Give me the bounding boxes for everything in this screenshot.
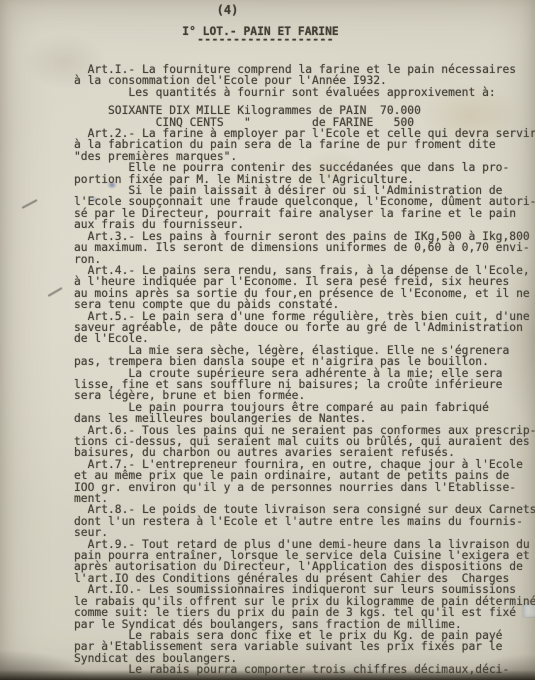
text-line: Les quantités à fournir sont évaluées ap… bbox=[74, 87, 535, 98]
text-line: seur. bbox=[74, 527, 535, 538]
text-line: IOO gr. environ qu'il y a de personnes n… bbox=[74, 482, 535, 493]
text-line: dont l'un restera à l'Ecole et l'autre e… bbox=[74, 516, 535, 527]
text-line: SOIXANTE DIX MILLE Kilogrammes de PAIN 7… bbox=[74, 105, 535, 116]
text-line: aux frais du fournisseur. bbox=[74, 219, 535, 230]
text-line: à l'heure indiquée par l'Econome. Il ser… bbox=[74, 276, 535, 287]
text-line: pas, trempera bien dansla soupe et n'aig… bbox=[74, 356, 535, 367]
text-line: comme suit: le tiers du prix du pain de … bbox=[74, 607, 535, 618]
text-line: et au même prix que le pain ordinaire, a… bbox=[74, 470, 535, 481]
scan-bottom-edge bbox=[0, 670, 535, 680]
text-line: dans les meilleures boulangeries de Nant… bbox=[74, 413, 535, 424]
text-line: Elle ne pourra contenir des succédanées … bbox=[74, 162, 535, 173]
scanned-document-page: (4) I° LOT.- PAIN ET FARINE ------------… bbox=[0, 0, 535, 680]
text-line: Art.IO.- Les soumissionnaires indiqueron… bbox=[74, 584, 535, 595]
pencil-check-mark bbox=[22, 199, 38, 208]
text-line: au maximum. Ils seront de dimensions uni… bbox=[74, 242, 535, 253]
text-line: par à'Etablissement sera variable suivan… bbox=[74, 641, 535, 652]
title-underline: ------------------- bbox=[0, 33, 533, 46]
pencil-check-mark bbox=[48, 287, 63, 296]
text-line: sera tenu compte que du pàids constaté. bbox=[74, 299, 535, 310]
page-number: (4) bbox=[0, 3, 495, 17]
document-body: Art.I.- La fourniture comprend la farine… bbox=[74, 64, 535, 676]
